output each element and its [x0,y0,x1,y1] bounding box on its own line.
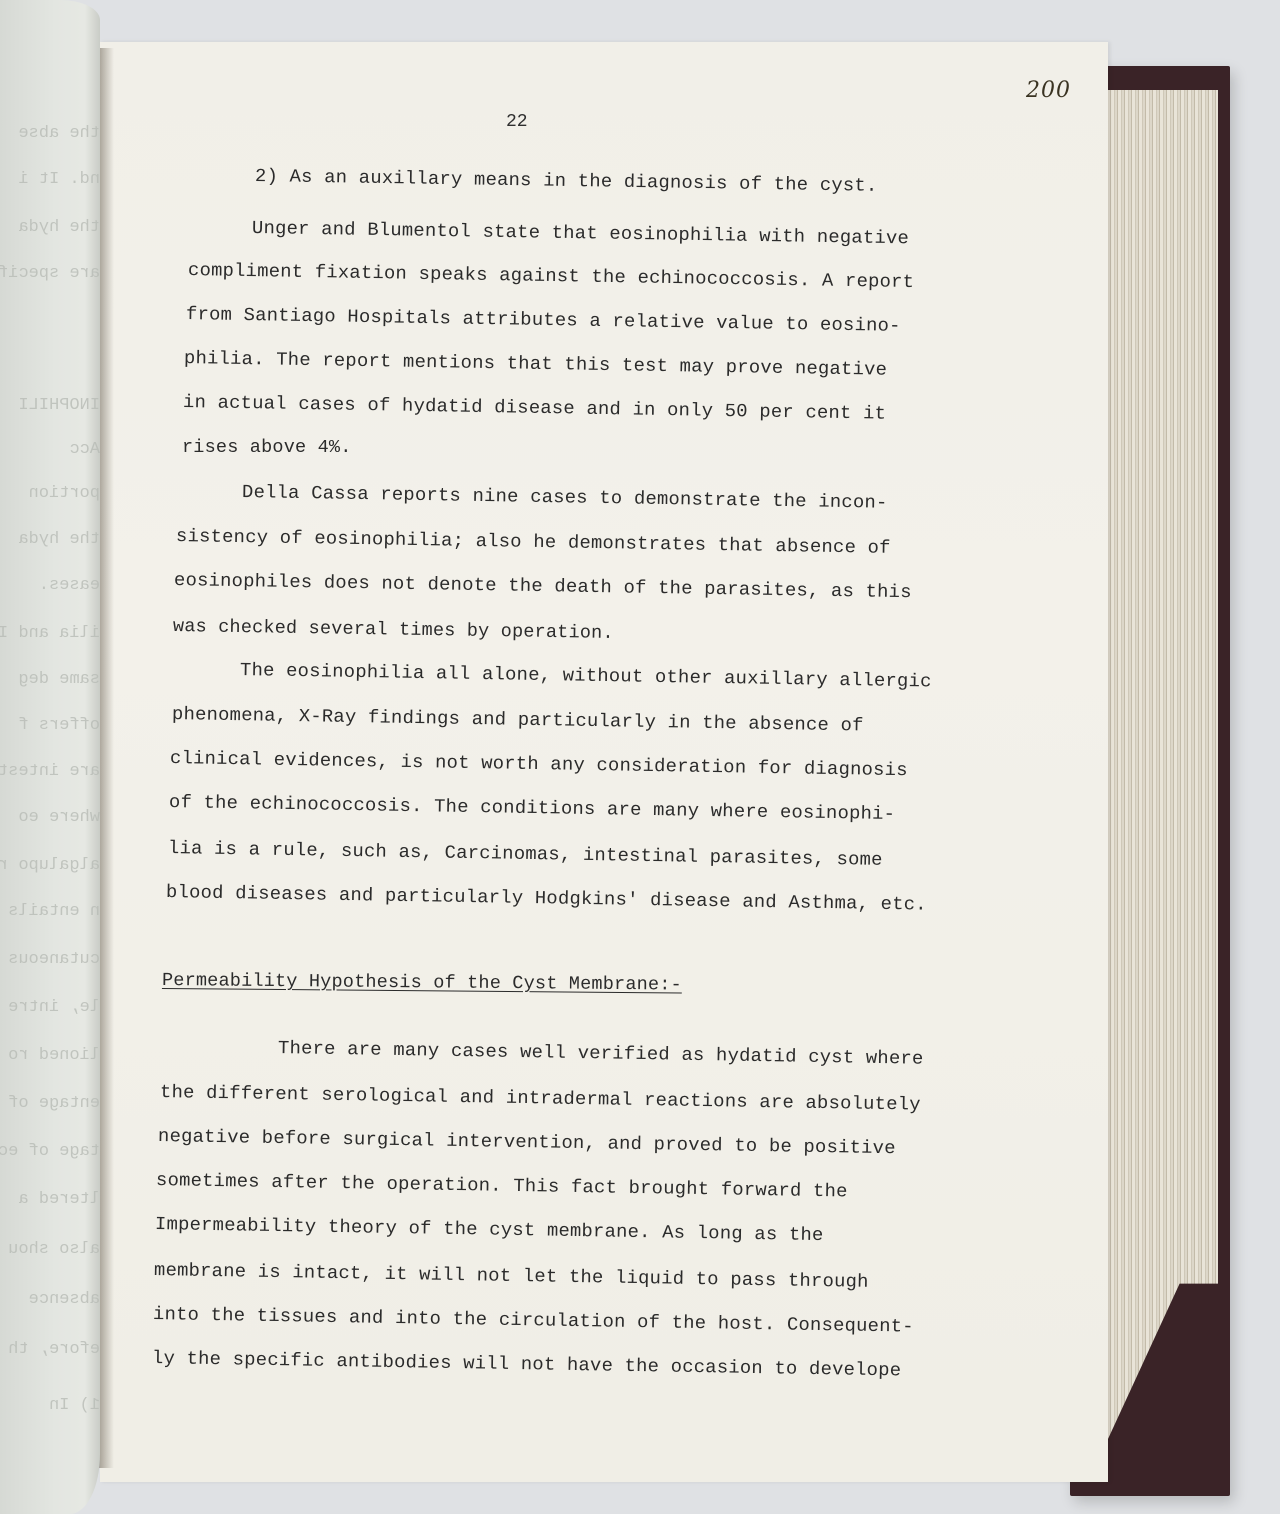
text-line: rises above 4%. [182,437,352,458]
text-line: from Santiago Hospitals attributes a rel… [186,304,901,337]
page-number: 22 [506,112,528,132]
ghost-text: lioned ro [0,1046,100,1065]
ghost-text: also shou [0,1240,100,1259]
ghost-text: tage of ec [0,1142,100,1161]
text-line: the different serological and intraderma… [160,1082,921,1116]
text-line: was checked several times by operation. [173,616,614,644]
ghost-text: same deg [0,670,100,689]
text-line: blood diseases and particularly Hodgkins… [166,882,927,916]
ghost-text: Acc [0,440,100,459]
text-line: into the tissues and into the circulatio… [153,1304,914,1338]
ghost-text: efore, th [0,1340,100,1359]
ghost-text: n entails [0,902,100,921]
ghost-text: nd. It i [0,170,100,189]
text-line: phenomena, X-Ray findings and particular… [172,704,864,736]
text-line: sometimes after the operation. This fact… [156,1170,848,1202]
ghost-text: absence [0,1290,100,1309]
text-line: clinical evidences, is not worth any con… [170,748,908,781]
ghost-text: ltered a [0,1190,100,1209]
text-line: 2) As an auxillary means in the diagnosi… [255,166,878,197]
text-line: There are many cases well verified as hy… [278,1038,924,1070]
text-line: negative before surgical intervention, a… [158,1126,896,1159]
typewritten-page: 200 22 2) As an auxillary means in the d… [100,42,1108,1482]
ghost-text: INOPHILI [0,396,100,415]
text-line: in actual cases of hydatid disease and i… [183,392,886,425]
ghost-text: eases. [0,576,100,595]
section-heading: Permeability Hypothesis of the Cyst Memb… [162,970,682,996]
ghost-text: algalupo r [0,856,100,875]
ghost-text: the hyda [0,530,100,549]
text-line: lia is a rule, such as, Carcinomas, inte… [168,838,883,871]
ghost-text: the abse [0,124,100,143]
ghost-text: entage of [0,1094,100,1113]
page-block-edges [1090,90,1218,1478]
text-line: sistency of eosinophilia; also he demons… [176,526,891,559]
left-curled-page: the abse nd. It i the hyda are specif IN… [0,0,100,1514]
ghost-text: le, intre [0,998,100,1017]
text-line: Impermeability theory of the cyst membra… [155,1214,824,1246]
handwritten-folio-number: 200 [1026,78,1071,103]
ghost-text: the hyda [0,218,100,237]
text-line: membrane is intact, it will not let the … [154,1260,869,1293]
ghost-text: are intest [0,762,100,781]
text-line: Unger and Blumentol state that eosinophi… [252,218,909,249]
ghost-text: cutaneous [0,950,100,969]
ghost-text: 1) In [0,1396,100,1415]
text-line: philia. The report mentions that this te… [184,348,887,381]
text-line: compliment fixation speaks against the e… [188,260,915,293]
text-line: The eosinophilia all alone, without othe… [240,660,932,692]
text-line: ly the specific antibodies will not have… [152,1348,902,1381]
text-line: Della Cassa reports nine cases to demons… [242,482,888,514]
ghost-text: are specif [0,264,100,283]
ghost-text: offers f [0,716,100,735]
ghost-text: ilia and I [0,624,100,643]
text-line: of the echinococcosis. The conditions ar… [169,792,896,825]
text-line: eosinophiles does not denote the death o… [174,570,912,603]
ghost-text: portion [0,484,100,503]
ghost-text: where eo [0,808,100,827]
